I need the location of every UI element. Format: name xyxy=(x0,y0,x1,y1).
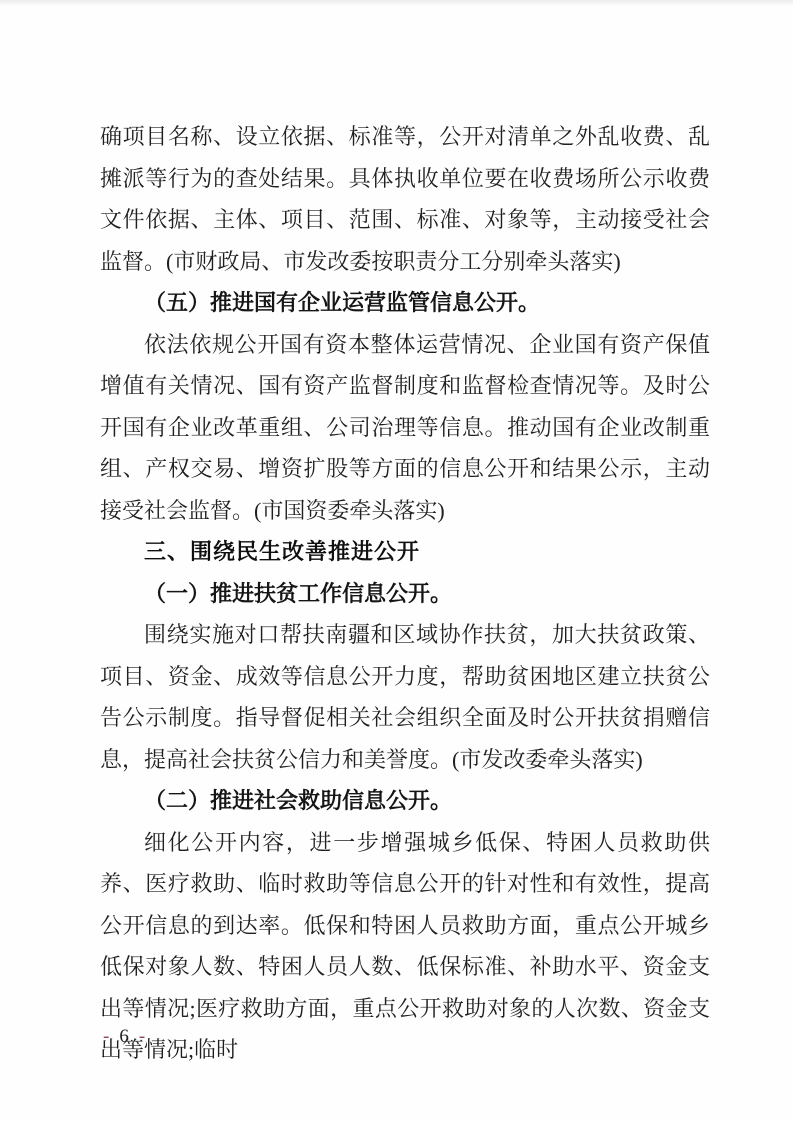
section-3-1-paragraph: 围绕实施对口帮扶南疆和区域协作扶贫，加大扶贫政策、项目、资金、成效等信息公开力度… xyxy=(100,614,710,780)
chapter-heading-3: 三、围绕民生改善推进公开 xyxy=(100,531,710,573)
section-heading-3-1: （一）推进扶贫工作信息公开。 xyxy=(100,573,710,615)
scan-edge-artifact xyxy=(0,0,793,6)
page-number: - 6 - xyxy=(103,1026,145,1048)
page-number-dash-left: - xyxy=(103,1026,109,1048)
section-heading-5: （五）推进国有企业运营监管信息公开。 xyxy=(100,282,710,324)
document-page: 确项目名称、设立依据、标准等，公开对清单之外乱收费、乱摊派等行为的查处结果。具体… xyxy=(0,0,793,1121)
section-3-2-paragraph: 细化公开内容，进一步增强城乡低保、特困人员救助供养、医疗救助、临时救助等信息公开… xyxy=(100,822,710,1071)
document-body: 确项目名称、设立依据、标准等，公开对清单之外乱收费、乱摊派等行为的查处结果。具体… xyxy=(100,116,710,1071)
page-number-dash-right: - xyxy=(139,1026,145,1048)
page-number-value: 6 xyxy=(119,1026,129,1048)
section-5-paragraph: 依法依规公开国有资本整体运营情况、企业国有资产保值增值有关情况、国有资产监督制度… xyxy=(100,324,710,532)
paragraph-continuation: 确项目名称、设立依据、标准等，公开对清单之外乱收费、乱摊派等行为的查处结果。具体… xyxy=(100,116,710,282)
section-heading-3-2: （二）推进社会救助信息公开。 xyxy=(100,780,710,822)
